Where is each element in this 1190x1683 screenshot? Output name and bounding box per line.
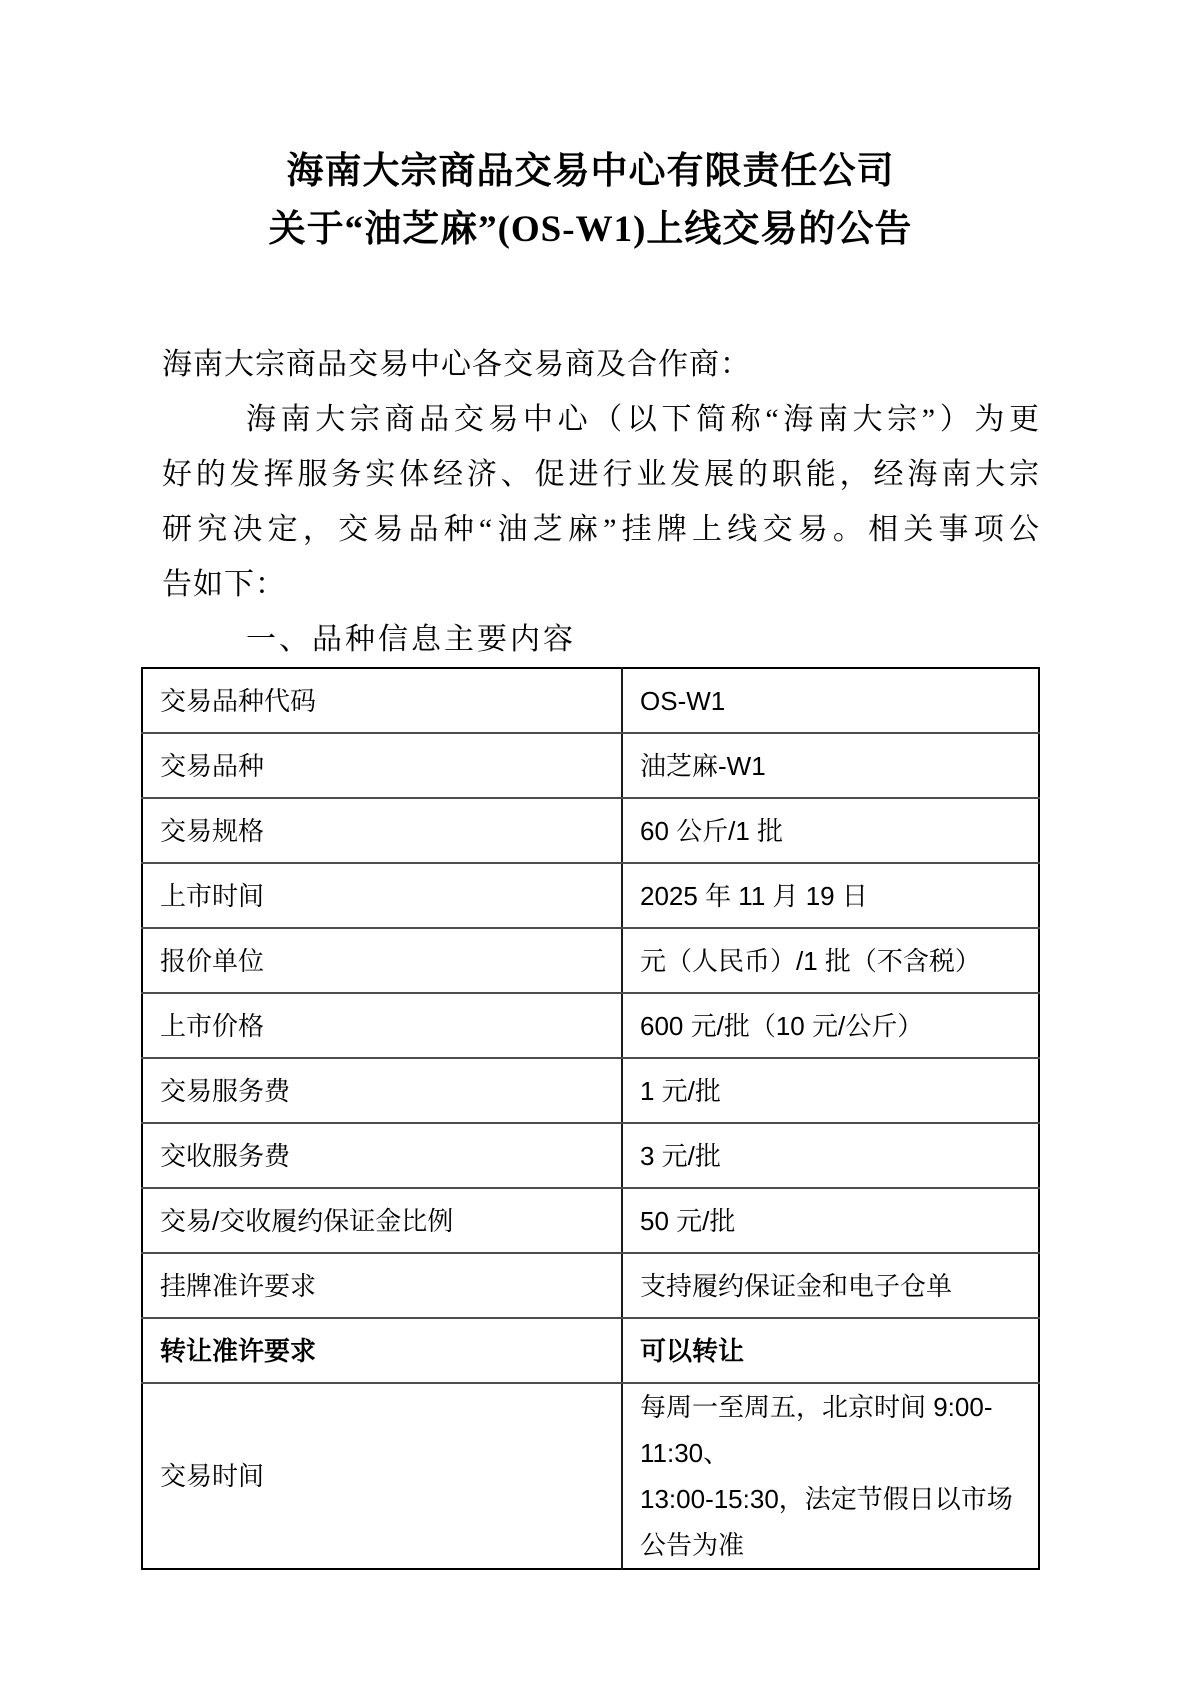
salutation-line: 海南大宗商品交易中心各交易商及合作商： <box>162 337 1040 392</box>
row-label: 挂牌准许要求 <box>142 1253 622 1318</box>
product-info-table: 交易品种代码 OS-W1 交易品种 油芝麻-W1 交易规格 60 公斤/1 批 … <box>141 667 1040 1570</box>
row-value: 60 公斤/1 批 <box>622 798 1039 863</box>
title-line-2: 关于“油芝麻”(OS-W1)上线交易的公告 <box>141 201 1040 259</box>
paragraph-line: 好的发挥服务实体经济、促进行业发展的职能，经海南大宗 <box>162 447 1040 502</box>
row-value: 每周一至周五，北京时间 9:00-11:30、 13:00-15:30，法定节假… <box>622 1383 1039 1569</box>
table-row-trading-hours: 交易时间 每周一至周五，北京时间 9:00-11:30、 13:00-15:30… <box>142 1383 1039 1569</box>
row-label: 报价单位 <box>142 928 622 993</box>
row-value: 油芝麻-W1 <box>622 733 1039 798</box>
row-value: 支持履约保证金和电子仓单 <box>622 1253 1039 1318</box>
row-value: 50 元/批 <box>622 1188 1039 1253</box>
table-row: 上市价格 600 元/批（10 元/公斤） <box>142 993 1039 1058</box>
row-label: 转让准许要求 <box>142 1318 622 1383</box>
document-body: 海南大宗商品交易中心各交易商及合作商： 海南大宗商品交易中心（以下简称“海南大宗… <box>162 337 1040 667</box>
paragraph-line: 告如下： <box>162 557 1040 612</box>
row-label: 交易品种 <box>142 733 622 798</box>
row-label: 交易品种代码 <box>142 668 622 733</box>
table-row: 交易/交收履约保证金比例 50 元/批 <box>142 1188 1039 1253</box>
row-value: 2025 年 11 月 19 日 <box>622 863 1039 928</box>
row-label: 交易/交收履约保证金比例 <box>142 1188 622 1253</box>
table-row: 交易品种 油芝麻-W1 <box>142 733 1039 798</box>
table-row: 交易规格 60 公斤/1 批 <box>142 798 1039 863</box>
table-row: 报价单位 元（人民币）/1 批（不含税） <box>142 928 1039 993</box>
announcement-paragraph: 海南大宗商品交易中心（以下简称“海南大宗”）为更 好的发挥服务实体经济、促进行业… <box>162 392 1040 612</box>
row-label: 交收服务费 <box>142 1123 622 1188</box>
table-row-transfer-permission: 转让准许要求 可以转让 <box>142 1318 1039 1383</box>
row-value: 可以转让 <box>622 1318 1039 1383</box>
section-heading: 一、品种信息主要内容 <box>162 612 1040 667</box>
row-label: 交易时间 <box>142 1383 622 1569</box>
row-label: 上市价格 <box>142 993 622 1058</box>
row-label: 交易服务费 <box>142 1058 622 1123</box>
table-row: 交易服务费 1 元/批 <box>142 1058 1039 1123</box>
table-row: 交易品种代码 OS-W1 <box>142 668 1039 733</box>
title-line-1: 海南大宗商品交易中心有限责任公司 <box>141 143 1040 201</box>
document-page: 海南大宗商品交易中心有限责任公司 关于“油芝麻”(OS-W1)上线交易的公告 海… <box>0 0 1190 1683</box>
row-value: 600 元/批（10 元/公斤） <box>622 993 1039 1058</box>
row-label: 上市时间 <box>142 863 622 928</box>
row-value: 3 元/批 <box>622 1123 1039 1188</box>
row-value: 元（人民币）/1 批（不含税） <box>622 928 1039 993</box>
document-title: 海南大宗商品交易中心有限责任公司 关于“油芝麻”(OS-W1)上线交易的公告 <box>141 143 1040 259</box>
table-row: 上市时间 2025 年 11 月 19 日 <box>142 863 1039 928</box>
row-label: 交易规格 <box>142 798 622 863</box>
row-value: OS-W1 <box>622 668 1039 733</box>
paragraph-line: 海南大宗商品交易中心（以下简称“海南大宗”）为更 <box>162 392 1040 447</box>
row-value: 1 元/批 <box>622 1058 1039 1123</box>
table-row: 挂牌准许要求 支持履约保证金和电子仓单 <box>142 1253 1039 1318</box>
paragraph-line: 研究决定，交易品种“油芝麻”挂牌上线交易。相关事项公 <box>162 502 1040 557</box>
table-row: 交收服务费 3 元/批 <box>142 1123 1039 1188</box>
